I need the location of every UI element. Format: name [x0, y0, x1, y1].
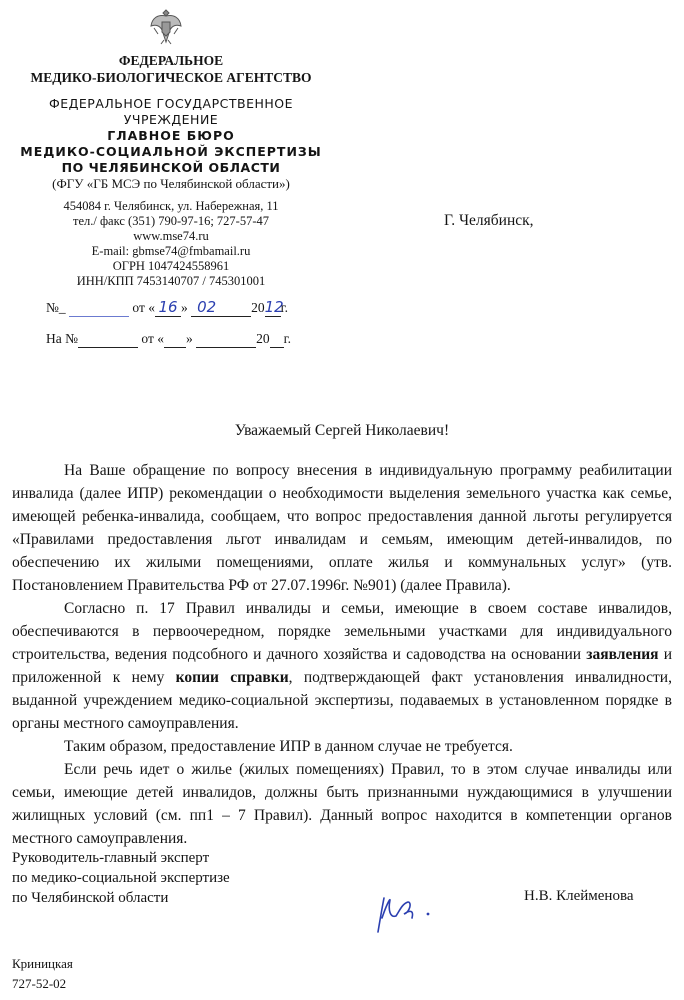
executor-phone: 727-52-02 [12, 974, 73, 994]
incoming-reference: На № от « » 20 г. [46, 331, 291, 348]
reply-day-field [164, 331, 186, 348]
recipient-city: Г. Челябинск, [444, 212, 534, 230]
bold-application: заявления [586, 646, 658, 663]
reply-number-label: На № [46, 331, 78, 346]
outgoing-reference: №_ от «16» 022012г. [46, 298, 288, 317]
agency-line-1: ФЕДЕРАЛЬНОЕ [0, 52, 342, 69]
reply-year-g: г. [284, 331, 291, 346]
year-g: г. [281, 300, 288, 315]
date-day: 16 [158, 298, 177, 316]
executor-name: Криницкая [12, 954, 73, 974]
handwritten-signature-icon [372, 888, 452, 938]
paragraph-2-text-a: Согласно п. 17 Правил инвалиды и семьи, … [12, 600, 672, 663]
institution-name: ФЕДЕРАЛЬНОЕ ГОСУДАРСТВЕННОЕ УЧРЕЖДЕНИЕ Г… [0, 96, 342, 192]
institution-line-2: УЧРЕЖДЕНИЕ [0, 112, 342, 128]
contact-block: 454084 г. Челябинск, ул. Набережная, 11 … [0, 199, 342, 289]
coat-of-arms-icon [148, 6, 184, 46]
number-field [69, 300, 129, 317]
institution-line-5: ПО ЧЕЛЯБИНСКОЙ ОБЛАСТИ [0, 160, 342, 176]
title-line-3: по Челябинской области [12, 888, 230, 908]
reply-number-field [78, 331, 138, 348]
reply-month-field [196, 331, 256, 348]
paragraph-1: На Ваше обращение по вопросу внесения в … [12, 459, 672, 597]
year-prefix: 20 [251, 300, 265, 315]
letter-body: На Ваше обращение по вопросу внесения в … [12, 459, 672, 850]
number-label: №_ [46, 300, 66, 315]
paragraph-4: Если речь идет о жилье (жилых помещениях… [12, 758, 672, 850]
phone-fax: тел./ факс (351) 790-97-16; 727-57-47 [0, 214, 342, 229]
reply-year-prefix: 20 [256, 331, 270, 346]
reply-from-label: от « [141, 331, 164, 346]
paragraph-2: Согласно п. 17 Правил инвалиды и семьи, … [12, 597, 672, 735]
signatory-title: Руководитель-главный эксперт по медико-с… [12, 848, 230, 908]
website: www.mse74.ru [0, 229, 342, 244]
institution-short-name: (ФГУ «ГБ МСЭ по Челябинской области») [0, 176, 342, 192]
paragraph-3: Таким образом, предоставление ИПР в данн… [12, 735, 672, 758]
institution-line-3: ГЛАВНОЕ БЮРО [0, 128, 342, 144]
date-from-label: от « [132, 300, 155, 315]
greeting: Уважаемый Сергей Николаевич! [0, 422, 684, 440]
bold-certificate-copy: копии справки [176, 669, 289, 686]
date-month: 02 [197, 298, 216, 316]
agency-line-2: МЕДИКО-БИОЛОГИЧЕСКОЕ АГЕНТСТВО [0, 69, 342, 86]
inn-kpp: ИНН/КПП 7453140707 / 745301001 [0, 274, 342, 289]
institution-line-4: МЕДИКО-СОЦИАЛЬНОЙ ЭКСПЕРТИЗЫ [0, 144, 342, 160]
reply-quote: » [186, 331, 193, 346]
title-line-1: Руководитель-главный эксперт [12, 848, 230, 868]
ogrn: ОГРН 1047424558961 [0, 259, 342, 274]
title-line-2: по медико-социальной экспертизе [12, 868, 230, 888]
executor-info: Криницкая 727-52-02 [12, 954, 73, 994]
email: E-mail: gbmse74@fmbamail.ru [0, 244, 342, 259]
reply-year-field [270, 331, 284, 348]
institution-line-1: ФЕДЕРАЛЬНОЕ ГОСУДАРСТВЕННОЕ [0, 96, 342, 112]
signatory-name: Н.В. Клейменова [524, 888, 633, 905]
agency-name: ФЕДЕРАЛЬНОЕ МЕДИКО-БИОЛОГИЧЕСКОЕ АГЕНТСТ… [0, 52, 342, 86]
address: 454084 г. Челябинск, ул. Набережная, 11 [0, 199, 342, 214]
